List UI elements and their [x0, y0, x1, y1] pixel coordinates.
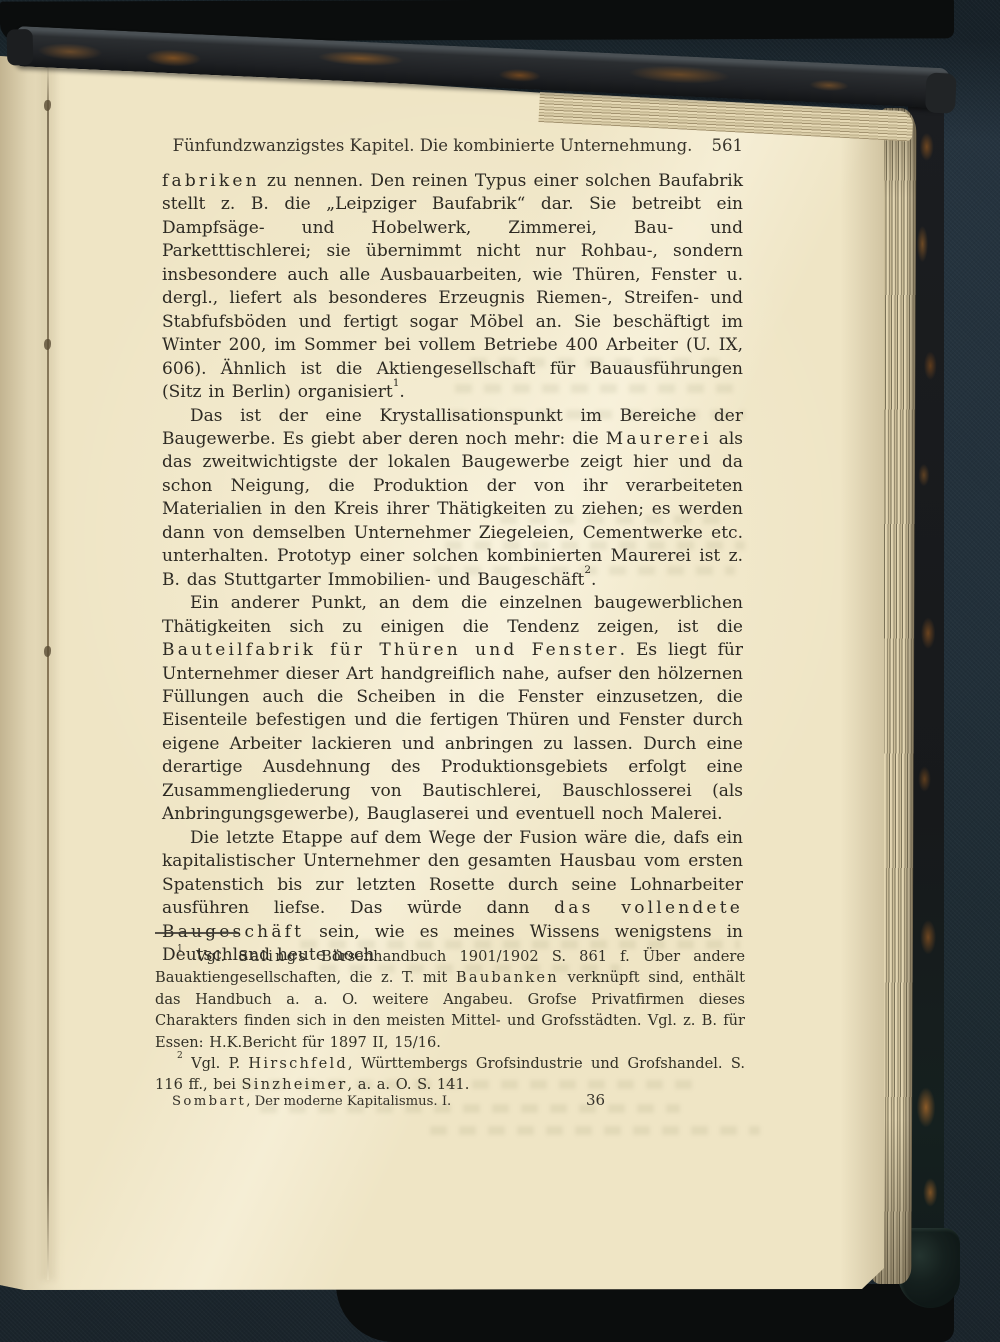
footnote: 1 Vgl. Salings Börsenhandbuch 1901/1902 … — [155, 946, 745, 1053]
text-segment: Sombart — [172, 1094, 246, 1109]
footnote: 2 Vgl. P. Hirschfeld, Württembergs Grofs… — [155, 1053, 745, 1096]
signature-line: Sombart, Der moderne Kapitalismus. I. — [172, 1094, 451, 1109]
stitch-knot — [44, 100, 51, 111]
text-segment: zu nennen. Den reinen Typus einer solche… — [162, 171, 743, 402]
chapter-running-title: Fünfundzwanzigstes Kapitel. Die kombinie… — [162, 136, 703, 155]
text-segment: Vgl. P. — [183, 1055, 249, 1072]
footnotes: 1 Vgl. Salings Börsenhandbuch 1901/1902 … — [155, 946, 745, 1096]
book-photo: Fünfundzwanzigstes Kapitel. Die kombinie… — [0, 0, 1000, 1342]
text-segment: Maurerei — [606, 429, 712, 449]
footnote-marker: 2 — [177, 1051, 183, 1061]
text-segment: als das zweitwichtigste der lokalen Baug… — [162, 429, 743, 590]
paragraph: Ein anderer Punkt, an dem die einzelnen … — [162, 592, 743, 827]
body-text: fabriken zu nennen. Den reinen Typus ein… — [162, 170, 743, 967]
text-segment: Vgl. — [183, 948, 239, 965]
text-segment: . Es liegt für Unternehmer dieser Art ha… — [162, 640, 743, 824]
text-segment: Sinzheimer — [242, 1076, 348, 1093]
bleed-through-texture — [430, 1126, 760, 1135]
text-segment: fabriken — [162, 171, 260, 191]
book-cover-bottom-shadow — [336, 1284, 954, 1342]
text-segment: Bauteilfabrik für Thüren und Fenster — [162, 640, 620, 660]
gutter-fold — [47, 58, 49, 1280]
footnote-marker: 1 — [393, 377, 400, 389]
text-segment: , Der moderne Kapitalismus. I. — [246, 1094, 451, 1109]
book-page: Fünfundzwanzigstes Kapitel. Die kombinie… — [0, 0, 884, 1342]
text-segment: . — [399, 382, 404, 402]
running-head: Fünfundzwanzigstes Kapitel. Die kombinie… — [162, 136, 743, 155]
footnote-marker: 2 — [584, 564, 591, 576]
text-segment: . — [591, 570, 596, 590]
text-segment: Hirschfeld — [248, 1055, 347, 1072]
sheet-number: 36 — [586, 1091, 605, 1109]
text-segment: Ein anderer Punkt, an dem die einzelnen … — [162, 593, 743, 636]
footnote-rule — [155, 932, 239, 934]
footnote-marker: 1 — [177, 944, 183, 954]
text-segment: Baubanken — [456, 969, 559, 986]
stitch-knot — [44, 646, 51, 657]
stitch-knot — [44, 339, 51, 350]
paragraph: fabriken zu nennen. Den reinen Typus ein… — [162, 170, 743, 405]
paragraph: Das ist der eine Krystallisationspunkt i… — [162, 405, 743, 593]
text-segment: , a. a. O. S. 141. — [347, 1076, 469, 1093]
page-number: 561 — [703, 136, 743, 155]
text-segment: Salings — [238, 948, 308, 965]
